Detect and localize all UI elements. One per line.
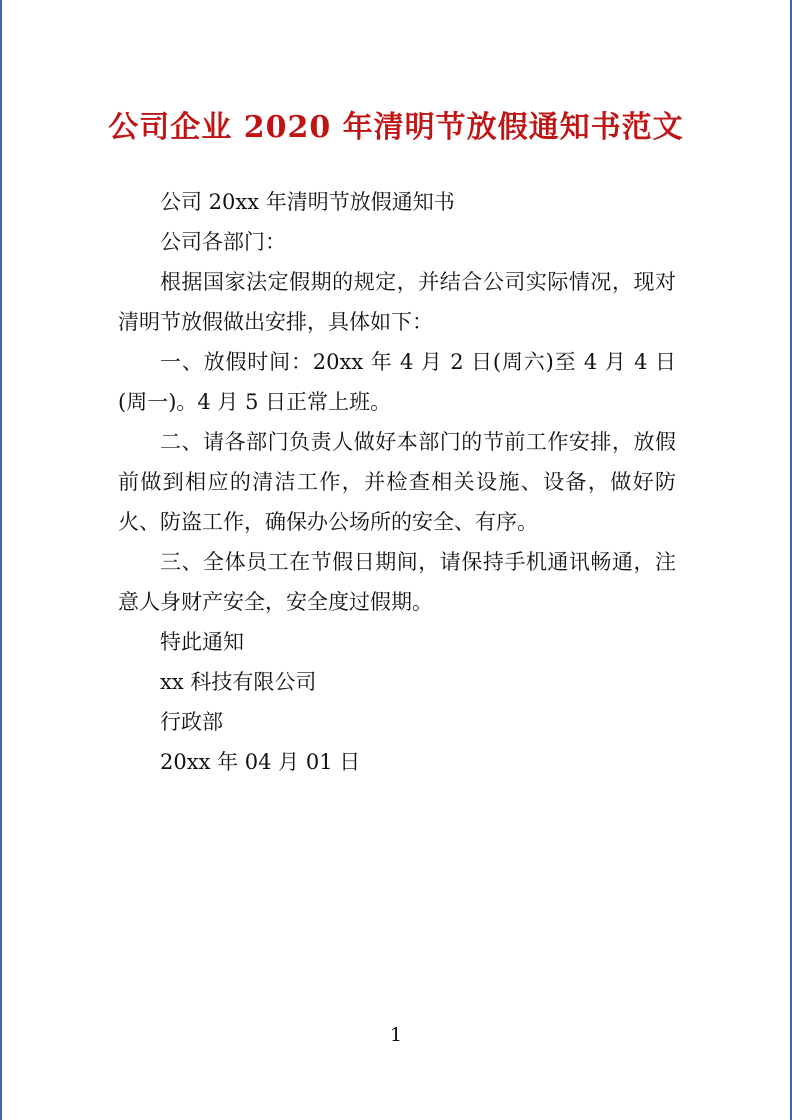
document-title: 公司企业 2020 年清明节放假通知书范文: [0, 0, 792, 152]
paragraph: 二、请各部门负责人做好本部门的节前工作安排，放假前做到相应的清洁工作，并检查相关…: [118, 422, 676, 542]
document-page: 公司企业 2020 年清明节放假通知书范文 公司 20xx 年清明节放假通知书 …: [0, 0, 792, 1120]
paragraph: 特此通知: [118, 622, 676, 662]
paragraph: 一、放假时间：20xx 年 4 月 2 日(周六)至 4 月 4 日(周一)。4…: [118, 342, 676, 422]
paragraph: 根据国家法定假期的规定，并结合公司实际情况，现对清明节放假做出安排，具体如下：: [118, 262, 676, 342]
document-body: 公司 20xx 年清明节放假通知书 公司各部门： 根据国家法定假期的规定，并结合…: [0, 182, 792, 782]
paragraph: 公司各部门：: [118, 222, 676, 262]
page-number: 1: [0, 1022, 792, 1048]
paragraph: 三、全体员工在节假日期间，请保持手机通讯畅通，注意人身财产安全，安全度过假期。: [118, 542, 676, 622]
paragraph: 行政部: [118, 702, 676, 742]
paragraph: xx 科技有限公司: [118, 662, 676, 702]
paragraph: 公司 20xx 年清明节放假通知书: [118, 182, 676, 222]
left-edge-line: [0, 0, 2, 1120]
paragraph: 20xx 年 04 月 01 日: [118, 742, 676, 782]
